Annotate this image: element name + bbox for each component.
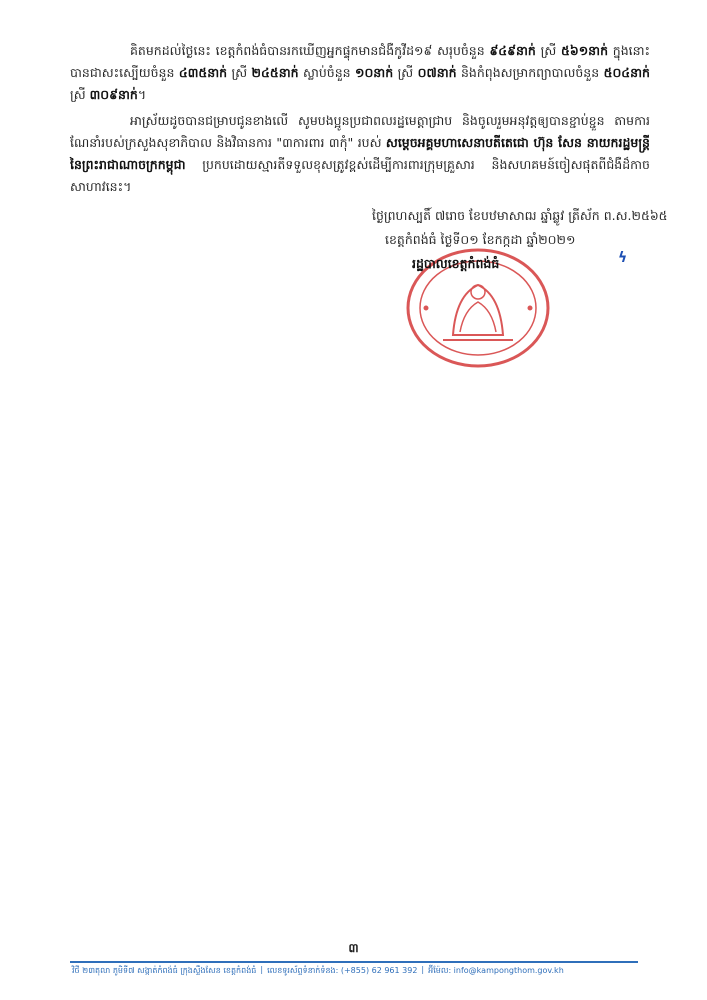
- text: ស្រី: [536, 43, 561, 58]
- footer-phone: លេខទូរស័ព្ទទំនាក់ទំនង: (+855) 62 961 392: [267, 965, 417, 977]
- text: គិតមកដល់ថ្ងៃនេះ ខេត្តកំពង់ធំបានរកឃើញអ្នក…: [130, 43, 489, 58]
- recovered-female: ២៤៥នាក់: [252, 65, 299, 80]
- text: ស្រី: [70, 87, 90, 102]
- paragraph-case-statistics: គិតមកដល់ថ្ងៃនេះ ខេត្តកំពង់ធំបានរកឃើញអ្នក…: [70, 40, 650, 106]
- death-female: ០៧នាក់: [418, 65, 457, 80]
- footer: វិថី ២៣តុលា ភូមិទី៧ សង្កាត់កំពង់ធំ ក្រុង…: [72, 965, 642, 977]
- text: ។: [138, 87, 146, 102]
- signature-icon: ϟ: [618, 250, 632, 268]
- text: និងកំពុងសម្រាកព្យាបាលចំនួន: [457, 65, 604, 80]
- footer-email[interactable]: អ៊ីម៉ែល: info@kampongthom.gov.kh: [428, 965, 564, 977]
- recovered-count: ៤៣៥នាក់: [179, 65, 227, 80]
- issuing-office: រដ្ឋបាលខេត្តកំពង់ធំ: [412, 256, 499, 275]
- paragraph-appeal: អាស្រ័យដូចបានជម្រាបជូនខាងលើ សូមបងប្អូនប្…: [70, 110, 650, 198]
- lunar-date: ថ្ងៃព្រហស្បតិ៍ ៧រោច ខែបឋមាសាឍ ឆ្នាំឆ្លូវ…: [372, 208, 668, 227]
- footer-address: វិថី ២៣តុលា ភូមិទី៧ សង្កាត់កំពង់ធំ ក្រុង…: [72, 965, 256, 977]
- death-count: ១០នាក់: [355, 65, 393, 80]
- text: ស្លាប់ចំនួន: [299, 65, 355, 80]
- page-number: ៣: [0, 940, 707, 958]
- treating-female: ៣០៩នាក់: [90, 87, 138, 102]
- footer-separator: |: [260, 965, 263, 977]
- text: ស្រី: [227, 65, 251, 80]
- total-female: ៥៦១នាក់: [561, 43, 608, 58]
- treating-count: ៥០៤នាក់: [604, 65, 650, 80]
- text: ស្រី: [393, 65, 417, 80]
- footer-divider: [70, 961, 638, 963]
- total-cases: ៩៤៩នាក់: [489, 43, 535, 58]
- footer-separator: |: [421, 965, 424, 977]
